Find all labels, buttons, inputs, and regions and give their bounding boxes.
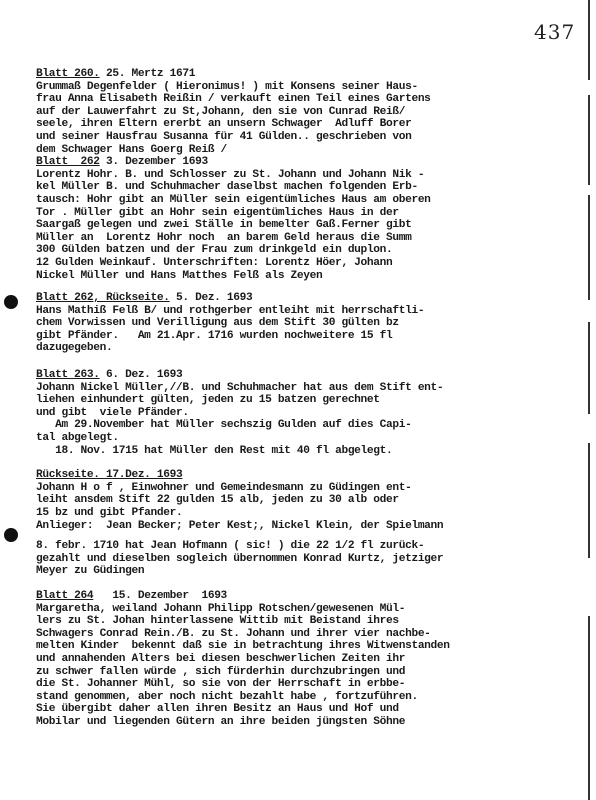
record-entry: Rückseite. 17.Dez. 1693Johann H o f , Ei…: [36, 469, 556, 578]
entry-heading-line: Blatt 264 15. Dezember 1693: [36, 590, 556, 603]
entry-heading: Blatt 260.: [36, 68, 100, 80]
text-line: Hans Mathiß Felß B/ und rothgerber entle…: [36, 305, 556, 318]
text-line: Meyer zu Güdingen: [36, 565, 556, 578]
text-line: Mobilar und liegenden Gütern an ihre bei…: [36, 716, 556, 729]
margin-bar: [588, 95, 590, 185]
text-line: tausch: Hohr gibt an Müller sein eigentü…: [36, 194, 556, 207]
entry-heading-line: Blatt 260. 25. Mertz 1671: [36, 68, 556, 81]
text-line: dem Schwager Hans Goerg Reiß /: [36, 144, 556, 157]
text-line: Müller an Lorentz Hohr noch an barem Gel…: [36, 232, 556, 245]
text-line: die St. Johanner Mühl, so sie von der He…: [36, 678, 556, 691]
entry-heading: Blatt 264: [36, 590, 93, 602]
text-line: gibt Pfänder. Am 21.Apr. 1716 wurden noc…: [36, 330, 556, 343]
entry-date: 15. Dezember 1693: [93, 590, 227, 602]
text-line: Schwagers Conrad Rein./B. zu St. Johann …: [36, 628, 556, 641]
record-entry: Blatt 262 3. Dezember 1693Lorentz Hohr. …: [36, 156, 556, 282]
text-line: lers zu St. Johan hinterlassene Wittib m…: [36, 615, 556, 628]
margin-bar: [588, 443, 590, 558]
record-entry: Blatt 263. 6. Dez. 1693Johann Nickel Mül…: [36, 369, 556, 457]
entry-heading-line: Blatt 262 3. Dezember 1693: [36, 156, 556, 169]
record-entry: Blatt 262, Rückseite. 5. Dez. 1693Hans M…: [36, 292, 556, 355]
entry-heading-line: Rückseite. 17.Dez. 1693: [36, 469, 556, 482]
entry-heading: Rückseite. 17.Dez. 1693: [36, 469, 182, 481]
text-line: melten Kinder bekennt daß sie in betrach…: [36, 640, 556, 653]
text-line: Anlieger: Jean Becker; Peter Kest;, Nick…: [36, 520, 556, 533]
text-line: Lorentz Hohr. B. und Schlosser zu St. Jo…: [36, 169, 556, 182]
text-line: 12 Gulden Weinkauf. Unterschriften: Lore…: [36, 257, 556, 270]
text-line: leiht ansdem Stift 22 gulden 15 alb, jed…: [36, 494, 556, 507]
text-line: Nickel Müller und Hans Matthes Felß als …: [36, 270, 556, 283]
text-line: auf der Lauwerfahrt zu St,Johann, den si…: [36, 106, 556, 119]
text-line: frau Anna Elisabeth Reißin / verkauft ei…: [36, 93, 556, 106]
text-line: Am 29.November hat Müller sechszig Gulde…: [36, 419, 556, 432]
text-line: Tor . Müller gibt an Hohr sein eigentüml…: [36, 207, 556, 220]
text-line: Margaretha, weiland Johann Philipp Rotsc…: [36, 603, 556, 616]
text-line: gezahlt und dieselben sogleich übernomme…: [36, 553, 556, 566]
page-number: 437: [534, 20, 575, 44]
text-line: und gibt viele Pfänder.: [36, 407, 556, 420]
punch-hole: [4, 295, 18, 309]
entry-heading: Blatt 263.: [36, 369, 100, 381]
text-line: chem Vorwissen und Verilligung aus dem S…: [36, 317, 556, 330]
text-line: Johann Nickel Müller,//B. und Schuhmache…: [36, 382, 556, 395]
margin-bar: [588, 195, 590, 300]
entry-date: 5. Dez. 1693: [170, 292, 253, 304]
entry-date: 6. Dez. 1693: [100, 369, 183, 381]
entry-heading-line: Blatt 263. 6. Dez. 1693: [36, 369, 556, 382]
text-line: tal abgelegt.: [36, 432, 556, 445]
text-line: [36, 532, 556, 540]
margin-bar: [588, 322, 590, 414]
text-line: 15 bz und gibt Pfander.: [36, 507, 556, 520]
margin-bar: [588, 616, 590, 800]
text-line: und seiner Hausfrau Susanna für 41 Gülde…: [36, 131, 556, 144]
text-line: stand genommen, aber noch nicht bezahlt …: [36, 691, 556, 704]
entry-heading: Blatt 262: [36, 156, 100, 168]
text-line: 8. febr. 1710 hat Jean Hofmann ( sic! ) …: [36, 540, 556, 553]
margin-bar: [588, 0, 590, 80]
entry-heading: Blatt 262, Rückseite.: [36, 292, 170, 304]
text-line: und annahenden Alters bei diesen beschwe…: [36, 653, 556, 666]
text-line: dazugegeben.: [36, 342, 556, 355]
record-entry: Blatt 260. 25. Mertz 1671Grummaß Degenfe…: [36, 68, 556, 156]
text-line: 300 Gülden batzen und der Frau zum drink…: [36, 244, 556, 257]
entry-date: 3. Dezember 1693: [100, 156, 208, 168]
text-line: kel Müller B. und Schuhmacher daselbst m…: [36, 181, 556, 194]
text-line: Johann H o f , Einwohner und Gemeindesma…: [36, 482, 556, 495]
text-line: 18. Nov. 1715 hat Müller den Rest mit 40…: [36, 445, 556, 458]
record-entry: Blatt 264 15. Dezember 1693Margaretha, w…: [36, 590, 556, 729]
document-body: Blatt 260. 25. Mertz 1671Grummaß Degenfe…: [36, 68, 556, 729]
text-line: zu schwer fallen würde , sich fürderhin …: [36, 666, 556, 679]
punch-hole: [4, 528, 18, 542]
entry-heading-line: Blatt 262, Rückseite. 5. Dez. 1693: [36, 292, 556, 305]
text-line: liehen einhundert gülten, jeden zu 15 ba…: [36, 394, 556, 407]
text-line: Grummaß Degenfelder ( Hieronimus! ) mit …: [36, 81, 556, 94]
entry-date: 25. Mertz 1671: [100, 68, 195, 80]
text-line: Sie übergibt daher allen ihren Besitz an…: [36, 703, 556, 716]
text-line: Saargaß gelegen und zwei Ställe in bemel…: [36, 219, 556, 232]
text-line: seele, ihren Eltern ererbt an unsern Sch…: [36, 118, 556, 131]
